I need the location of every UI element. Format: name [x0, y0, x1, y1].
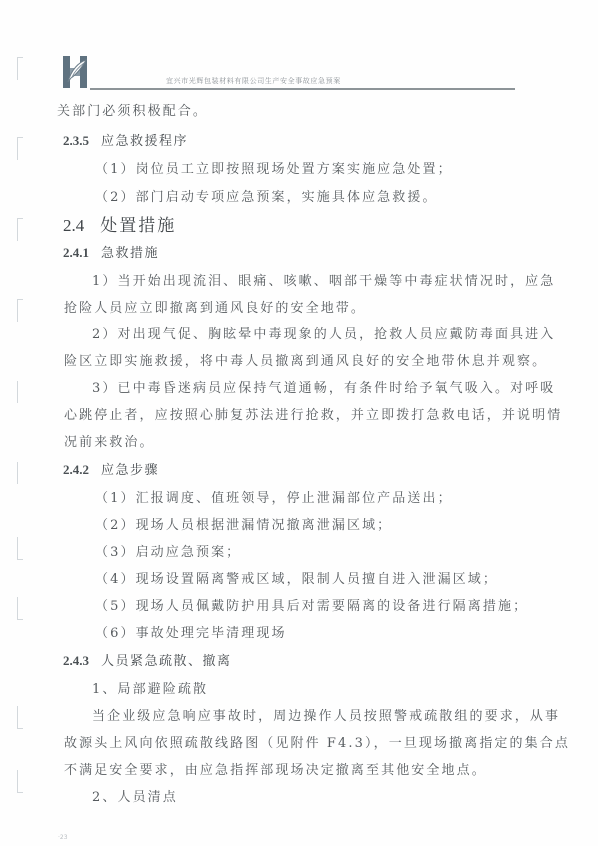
page-header: 宜兴市光辉包装材料有限公司生产安全事故应急预案: [60, 56, 520, 96]
section-title: 应急步骤: [101, 463, 159, 478]
header-divider: [90, 88, 515, 90]
binding-hole-mark: [17, 381, 23, 403]
paragraph-line: 况前来救治。: [64, 431, 155, 450]
section-title: 急救措施: [101, 246, 159, 261]
paragraph-line: 故源头上风向依照疏散线路图（见附件 F4.3），一旦现场撤离指定的集合点: [64, 732, 570, 751]
header-company-title: 宜兴市光辉包装材料有限公司生产安全事故应急预案: [166, 76, 341, 86]
paragraph-line: 3）已中毒昏迷病员应保持气道通畅，有条件时给予氧气吸入。对呼吸: [92, 377, 555, 396]
binding-hole-mark: [17, 299, 23, 322]
section-heading-2-4-1: 2.4.1急救措施: [63, 242, 159, 261]
paragraph-line: 险区立即实施救援，将中毒人员撤离到通风良好的安全地带休息并观察。: [64, 350, 547, 369]
binding-hole-mark: [17, 597, 23, 620]
list-item: （4）现场设置隔离警戒区域，限制人员擅自进入泄漏区域；: [95, 568, 498, 587]
section-heading-2-4-3: 2.4.3人员紧急疏散、撤离: [63, 650, 232, 669]
list-item: （5）现场人员佩戴防护用具后对需要隔离的设备进行隔离措施；: [95, 595, 528, 614]
company-logo-icon: [63, 56, 87, 88]
section-number: 2.4.2: [63, 462, 89, 477]
binding-hole-mark: [17, 537, 23, 560]
binding-hole-mark: [17, 706, 23, 729]
binding-hole-mark: [17, 137, 23, 160]
list-item: （1）汇报调度、值班领导，停止泄漏部位产品送出；: [95, 487, 453, 506]
section-title: 人员紧急疏散、撤离: [101, 654, 232, 669]
subheading: 1、局部避险疏散: [92, 678, 208, 697]
page-footer-mark: ·23: [58, 834, 68, 841]
paragraph-line: 心跳停止者，应按照心肺复苏法进行抢救，并立即拨打急救电话，并说明情: [64, 404, 562, 423]
section-title: 应急救援程序: [101, 134, 188, 149]
list-item: （1）岗位员工立即按照现场处置方案实施应急处置；: [95, 158, 453, 177]
section-heading-2-3-5: 2.3.5应急救援程序: [63, 130, 188, 149]
list-item: （2）现场人员根据泄漏情况撤离泄漏区域；: [95, 514, 392, 533]
document-page: 宜兴市光辉包装材料有限公司生产安全事故应急预案 关部门必须积极配合。 2.3.5…: [0, 0, 598, 846]
subheading: 2、人员清点: [92, 786, 178, 805]
section-number: 2.4.3: [63, 653, 89, 668]
list-item: （6）事故处理完毕清理现场: [95, 622, 287, 641]
paragraph-line: 当企业级应急响应事故时，周边操作人员按照警戒疏散组的要求，从事: [92, 705, 560, 724]
section-number: 2.4: [63, 216, 84, 235]
binding-hole-mark: [17, 57, 23, 80]
paragraph-line: 1）当开始出现流泪、眼痛、咳嗽、咽部干燥等中毒症状情况时，应急: [92, 270, 555, 289]
list-item: （3）启动应急预案；: [95, 541, 241, 560]
section-heading-2-4-2: 2.4.2应急步骤: [63, 459, 159, 478]
paragraph-line: 抢险人员应立即撤离到通风良好的安全地带。: [64, 297, 366, 316]
binding-hole-mark: [17, 770, 23, 793]
section-number: 2.3.5: [63, 133, 89, 148]
section-number: 2.4.1: [63, 245, 89, 260]
section-heading-2-4: 2.4处置措施: [63, 211, 176, 236]
section-title: 处置措施: [100, 216, 176, 236]
binding-hole-mark: [17, 462, 23, 484]
list-item: （2）部门启动专项应急预案，实施具体应急救援。: [95, 186, 438, 205]
continuation-text: 关部门必须积极配合。: [57, 100, 208, 119]
binding-hole-mark: [17, 218, 23, 241]
paragraph-line: 不满足安全要求，由应急指挥部现场决定撤离至其他安全地点。: [64, 759, 487, 778]
paragraph-line: 2）对出现气促、胸眩晕中毒现象的人员，抢救人员应戴防毒面具进入: [92, 323, 555, 342]
